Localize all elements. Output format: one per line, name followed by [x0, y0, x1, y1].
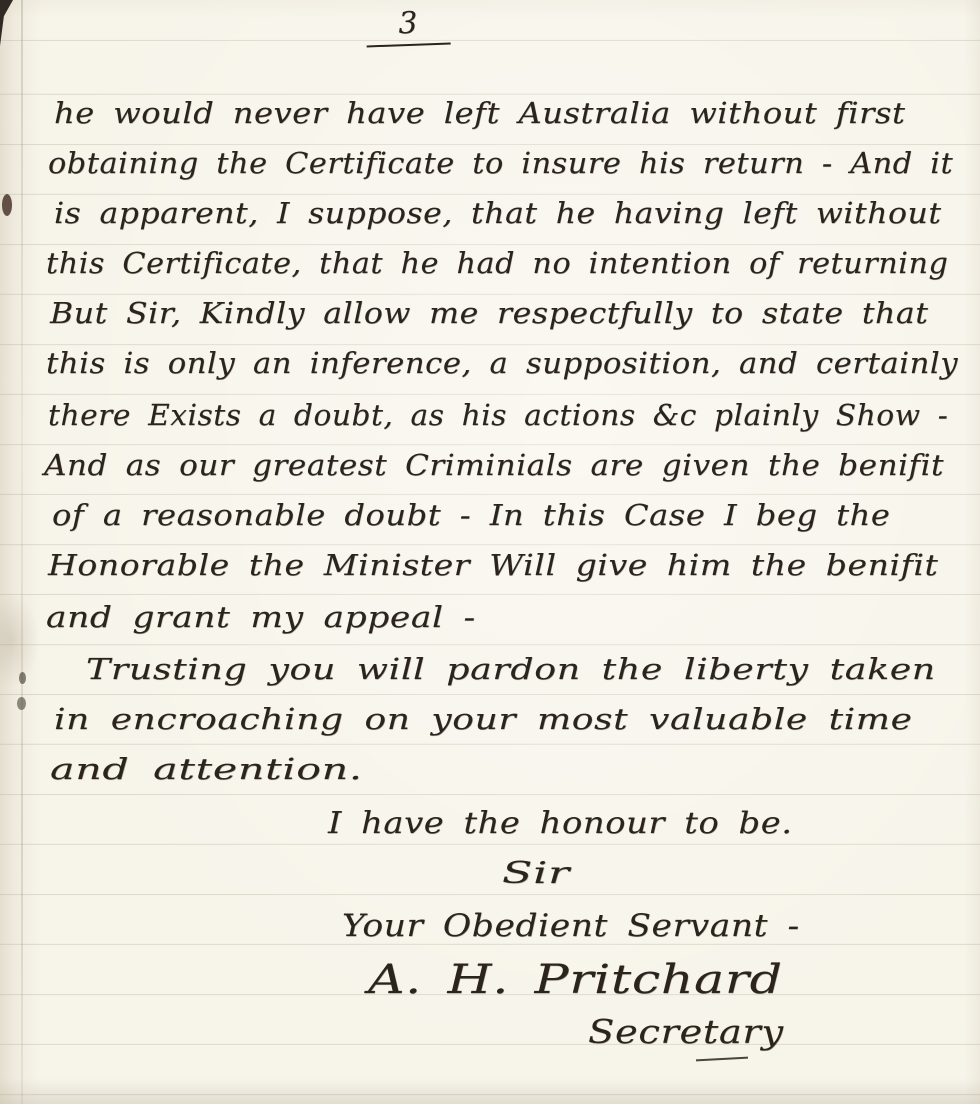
body-line-14: and attention.	[50, 752, 363, 787]
signature-role-underline	[696, 1057, 748, 1062]
body-line-6: this is only an inference, a supposition…	[46, 346, 958, 381]
closing-valediction: I have the honour to be.	[328, 806, 793, 842]
body-line-10: Honorable the Minister Will give him the…	[48, 548, 938, 583]
letter-page: 3 he would never have left Australia wit…	[0, 0, 980, 1104]
closing-salutation-sir: Sir	[502, 856, 570, 892]
body-line-13: in encroaching on your most valuable tim…	[54, 702, 913, 737]
edge-mark	[2, 194, 12, 216]
body-line-3: is apparent, I suppose, that he having l…	[54, 196, 942, 231]
body-line-1: he would never have left Australia witho…	[54, 96, 905, 131]
page-number: 3	[365, 5, 450, 48]
signature: A. H. Pritchard	[368, 956, 783, 1004]
body-line-7: there Exists a doubt, as his actions &c …	[48, 398, 948, 433]
edge-mark	[19, 672, 26, 684]
closing-servant: Your Obedient Servant -	[342, 908, 800, 945]
corner-mark	[0, 0, 13, 46]
edge-mark	[17, 697, 26, 710]
body-line-5: But Sir, Kindly allow me respectfully to…	[50, 296, 928, 331]
body-line-12: Trusting you will pardon the liberty tak…	[86, 652, 936, 687]
body-line-9: of a reasonable doubt - In this Case I b…	[52, 498, 890, 533]
left-edge-crease	[21, 0, 23, 1104]
body-line-4: this Certificate, that he had no intenti…	[46, 246, 948, 281]
body-line-11: and grant my appeal -	[46, 600, 476, 635]
body-line-8: And as our greatest Criminials are given…	[44, 448, 944, 483]
body-line-2: obtaining the Certificate to insure his …	[48, 146, 953, 181]
signature-role: Secretary	[588, 1012, 784, 1052]
